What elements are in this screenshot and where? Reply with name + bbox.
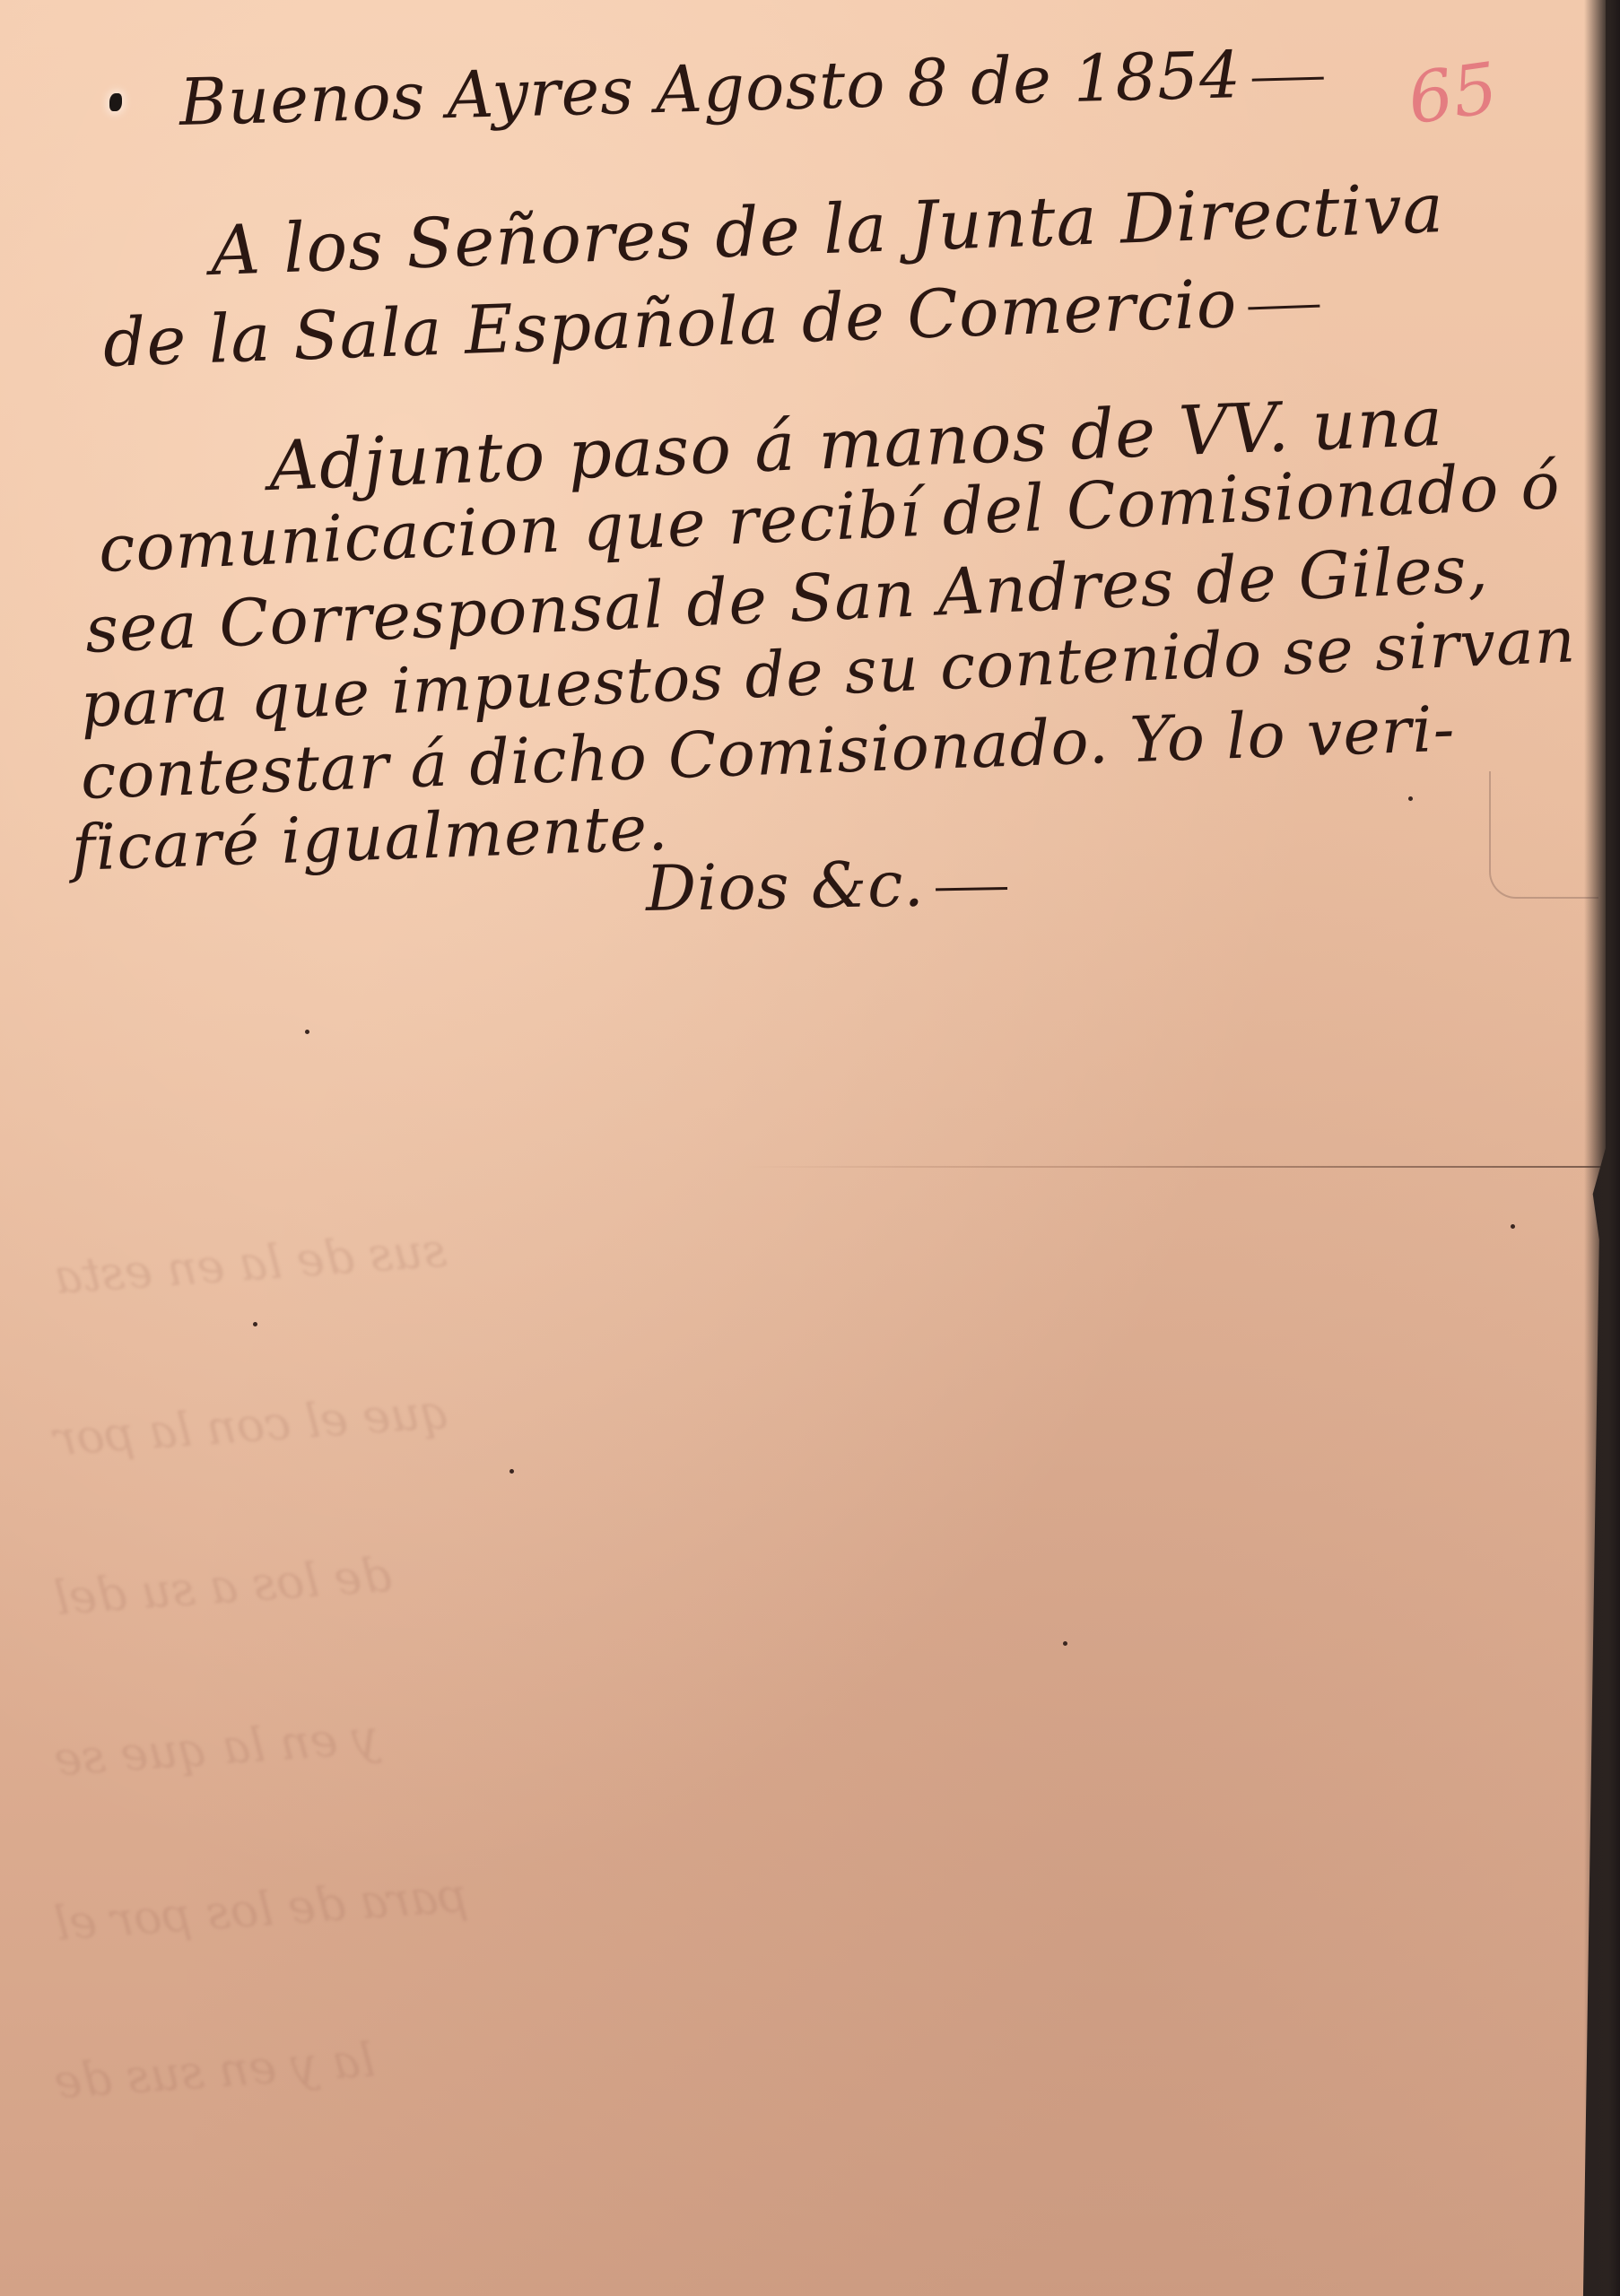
place-date-line: Buenos Ayres Agosto 8 de 1854 [179,35,1325,140]
ink-speck [1408,796,1413,801]
closing-line: Dios &c. [645,846,1007,926]
edge-tear [1489,771,1598,899]
folio-number: 65 [1403,48,1502,141]
closing-text: Dios &c. [645,848,925,926]
page-edge-shadow [1584,0,1620,2296]
ink-speck [1511,1224,1515,1229]
dash-mark [936,886,1007,890]
ink-speck [510,1469,514,1474]
bleed-through-line-4: y en la que se [52,1710,380,1787]
dash-mark [1248,305,1320,310]
dash-mark [1252,76,1324,81]
paper-sheet: 65 Buenos Ayres Agosto 8 de 1854 A los S… [0,0,1606,2296]
bleed-through-line-5: para de los por el [52,1869,469,1952]
bleed-through-line-1: sus de la en esta [52,1224,448,1305]
ink-speck [1063,1641,1067,1646]
place-date: Buenos Ayres Agosto 8 de 1854 [179,37,1242,140]
fold-crease [745,1166,1606,1168]
ink-speck [305,1030,309,1034]
bleed-through-line-6: la y en sus de [52,2034,377,2110]
ink-speck [253,1322,257,1326]
bleed-through-line-3: de los a su del [52,1549,393,1626]
punch-hole-mark [109,93,122,111]
bleed-through-line-2: que el con la por [52,1386,451,1467]
